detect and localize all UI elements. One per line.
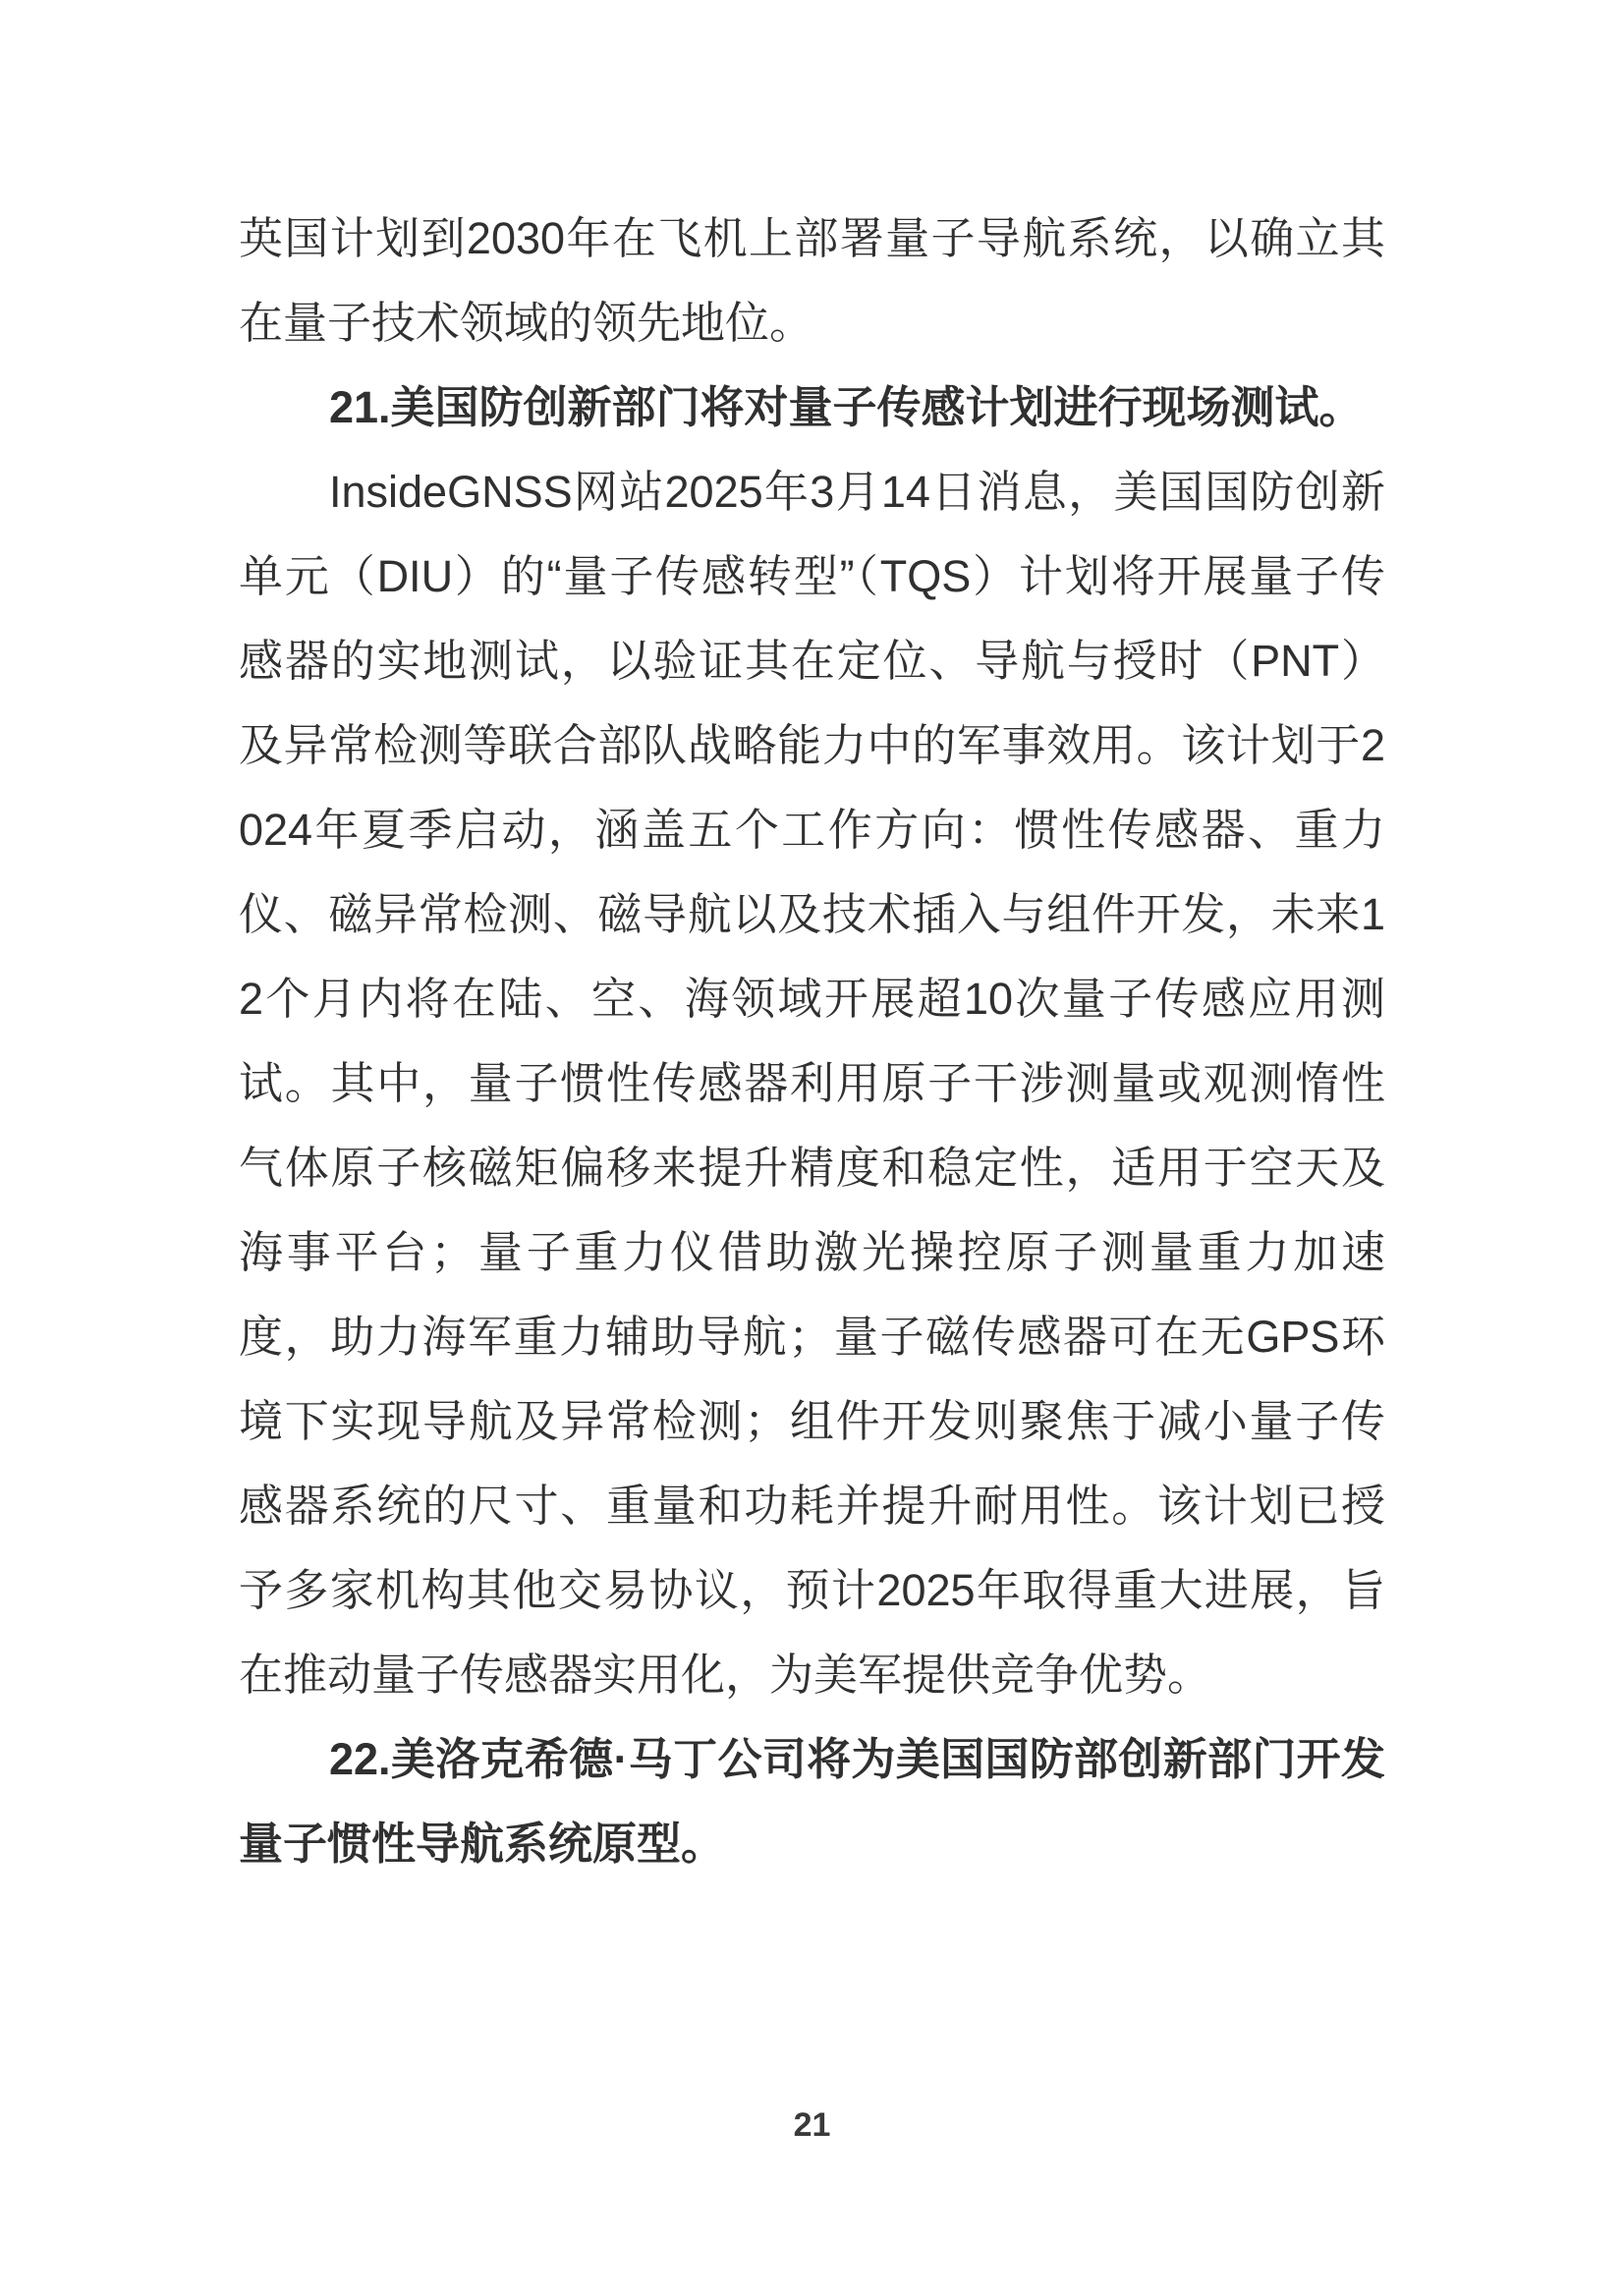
section-heading-22: 22.美洛克希德·马丁公司将为美国国防部创新部门开发量子惯性导航系统原型。 bbox=[239, 1717, 1385, 1886]
document-page: 英国计划到2030年在飞机上部署量子导航系统，以确立其在量子技术领域的领先地位。… bbox=[0, 0, 1624, 2296]
page-number: 21 bbox=[0, 2108, 1624, 2142]
section-21-body-paragraph: InsideGNSS网站2025年3月14日消息，美国国防创新单元（DIU）的“… bbox=[239, 450, 1385, 1717]
page-content: 英国计划到2030年在飞机上部署量子导航系统，以确立其在量子技术领域的领先地位。… bbox=[239, 196, 1385, 1886]
intro-paragraph: 英国计划到2030年在飞机上部署量子导航系统，以确立其在量子技术领域的领先地位。 bbox=[239, 196, 1385, 365]
section-heading-21: 21.美国防创新部门将对量子传感计划进行现场测试。 bbox=[239, 365, 1385, 450]
